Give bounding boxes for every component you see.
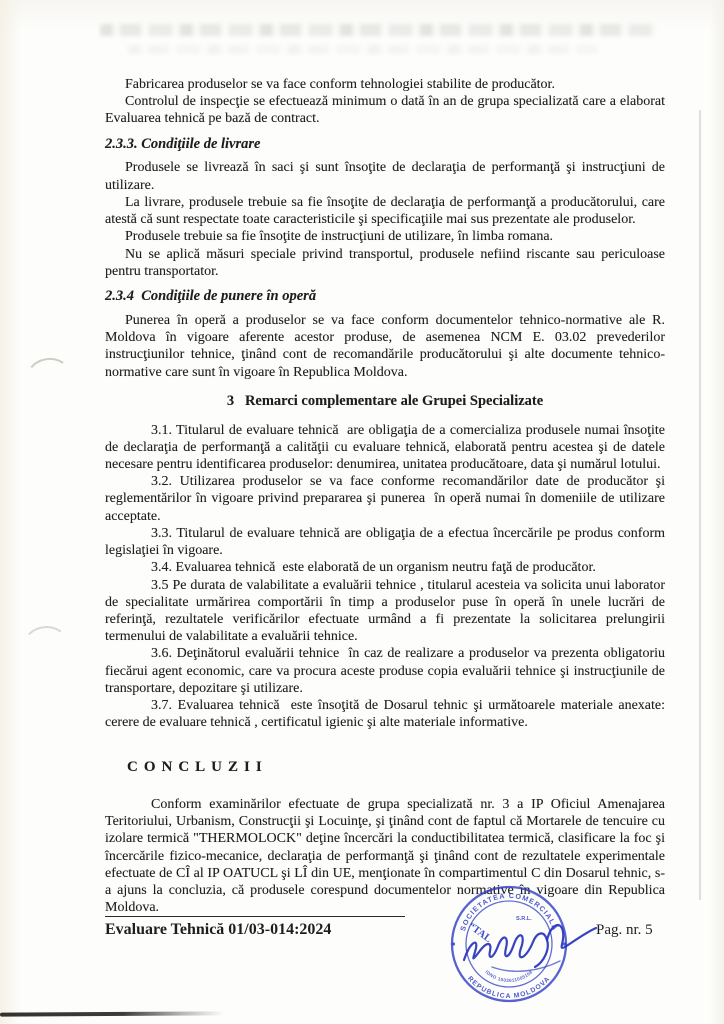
paragraph-3-5: 3.5 Pe durata de valabilitate a evaluări… — [105, 577, 665, 646]
document-reference-label: Evaluare Tehnică — [105, 921, 224, 938]
paragraph-3-2: 3.2. Utilizarea produselor se va face co… — [105, 473, 665, 525]
paragraph-3-4: 3.4. Evaluarea tehnică este elaborată de… — [105, 559, 665, 576]
document-body: Fabricarea produselor se va face conform… — [105, 76, 665, 916]
paragraph-punere: Punerea în operă a produselor se va face… — [105, 312, 665, 381]
page-edge-shadow — [699, 110, 701, 900]
company-stamp: SOCIETATEA COMERCIALĂ REPUBLICA MOLDOVA … — [448, 880, 610, 1014]
paragraph-3-1: 3.1. Titularul de evaluare tehnică are o… — [105, 422, 665, 474]
scan-artifact-line — [0, 1011, 224, 1016]
hole-punch-mark — [21, 624, 70, 668]
paragraph-3-7: 3.7. Evaluarea tehnică este însoţită de … — [105, 697, 665, 731]
stamp-srl-text: S.R.L. — [516, 916, 532, 922]
stamp-outer-ring — [452, 887, 566, 1001]
stamp-company-name: “TAL — [466, 921, 494, 945]
paragraph-3-3: 3.3. Titularul de evaluare tehnică are o… — [105, 525, 665, 559]
bleed-through-smudge — [100, 24, 656, 36]
paragraph-livrare-4: Nu se aplică măsuri speciale privind tra… — [105, 246, 665, 280]
paragraph-livrare-1: Produsele se livrează în saci şi sunt în… — [105, 159, 665, 193]
heading-conditii-punere: 2.3.4 Condiţiile de punere în operă — [105, 288, 665, 306]
signature-stroke — [464, 933, 548, 967]
paragraph-3-6: 3.6. Deţinătorul evaluării tehnice în ca… — [105, 645, 665, 697]
paragraph-livrare-2: La livrare, produsele trebuie sa fie îns… — [105, 194, 665, 228]
paragraph-fabricarea: Fabricarea produselor se va face conform… — [105, 76, 665, 93]
stamp-graphic: SOCIETATEA COMERCIALĂ REPUBLICA MOLDOVA … — [448, 880, 610, 1014]
stamp-separator-dot — [452, 942, 455, 945]
stamp-inner-ring — [466, 901, 552, 987]
document-reference: Evaluare Tehnică 01/03-014:2024 — [105, 916, 405, 939]
document-reference-number: 01/03-014:2024 — [228, 921, 331, 938]
heading-remarci: 3 Remarci complementare ale Grupei Speci… — [105, 393, 665, 411]
bleed-through-smudge — [128, 45, 598, 54]
signature-underline — [492, 961, 560, 971]
scanned-document-page: Fabricarea produselor se va face conform… — [0, 0, 724, 1024]
hole-punch-mark — [23, 355, 74, 401]
paragraph-livrare-3: Produsele trebuie sa fie însoţite de ins… — [105, 228, 665, 245]
heading-conditii-livrare: 2.3.3. Condiţiile de livrare — [105, 136, 665, 154]
heading-concluzii: CONCLUZII — [127, 758, 665, 776]
paragraph-controlul: Controlul de inspecţie se efectuează min… — [105, 93, 665, 127]
